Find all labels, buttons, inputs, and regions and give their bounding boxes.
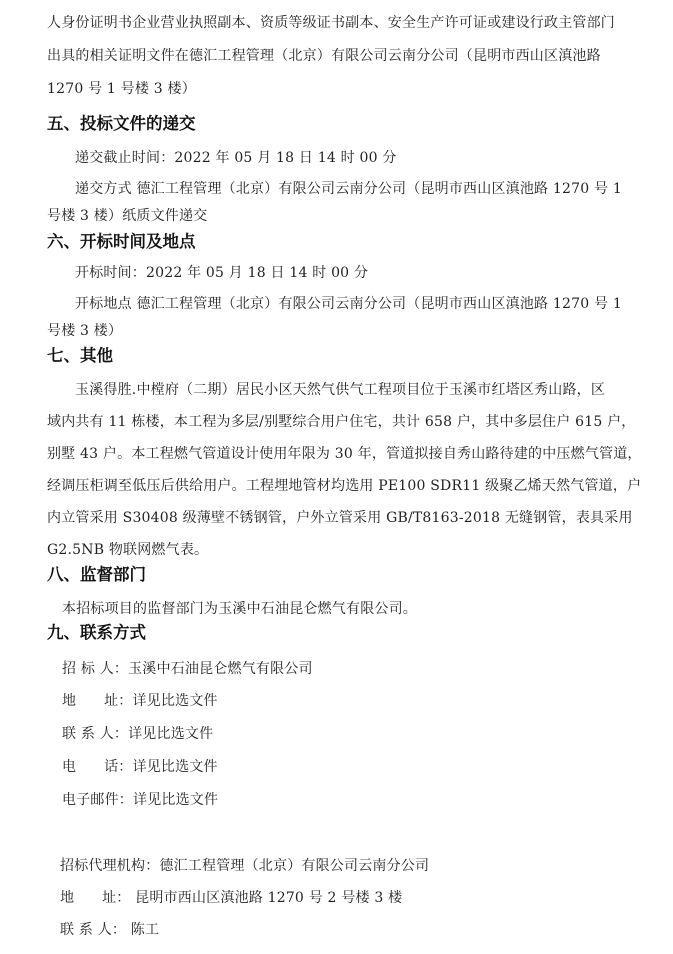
other-line-1: 玉溪得胜.中樘府（二期）居民小区天然气供气工程项目位于玉溪市红塔区秀山路，区 — [75, 381, 605, 399]
agency-label: 招标代理机构： — [60, 857, 159, 875]
submission-method-line-2: 号楼 3 楼）纸质文件递交 — [47, 207, 207, 225]
other-line-5: 内立管采用 S30408 级薄壁不锈钢管，户外立管采用 GB/T8163-201… — [47, 509, 633, 527]
tenderer-value: 玉溪中石油昆仑燃气有限公司 — [128, 661, 313, 677]
contact-label: 联 系 人： — [62, 725, 128, 743]
other-line-3: 别墅 43 户。本工程燃气管道设计使用年限为 30 年，管道拟接自秀山路待建的中… — [47, 445, 642, 463]
tenderer-phone-row: 电 话：详见比选文件 — [62, 758, 218, 776]
tenderer-row: 招 标 人：玉溪中石油昆仑燃气有限公司 — [62, 660, 313, 678]
phone-value: 详见比选文件 — [133, 759, 218, 775]
other-line-2: 域内共有 11 栋楼，本工程为多层/别墅综合用户住宅，共计 658 户，其中多层… — [47, 413, 635, 431]
submission-deadline: 递交截止时间：2022 年 05 月 18 日 14 时 00 分 — [75, 149, 397, 167]
tenderer-email-row: 电子邮件：详见比选文件 — [62, 791, 218, 809]
email-value: 详见比选文件 — [133, 792, 218, 808]
agency-row: 招标代理机构：德汇工程管理（北京）有限公司云南分公司 — [60, 857, 429, 875]
tenderer-contact-row: 联 系 人：详见比选文件 — [62, 725, 213, 743]
phone-label: 电 话： — [62, 758, 133, 776]
submission-method-line-1: 递交方式 德汇工程管理（北京）有限公司云南分公司（昆明市西山区滇池路 1270 … — [75, 180, 622, 198]
contact-value: 详见比选文件 — [128, 726, 213, 742]
section-6-heading: 六、开标时间及地点 — [47, 232, 196, 252]
address-label: 地 址： — [62, 692, 133, 710]
intro-line-1: 人身份证明书企业营业执照副本、资质等级证书副本、安全生产许可证或建设行政主管部门 — [47, 14, 615, 32]
section-5-heading: 五、投标文件的递交 — [47, 114, 196, 134]
opening-time: 开标时间：2022 年 05 月 18 日 14 时 00 分 — [75, 264, 368, 282]
agency-address-row: 地 址： 昆明市西山区滇池路 1270 号 2 号楼 3 楼 — [60, 889, 402, 907]
opening-place-line-2: 号楼 3 楼） — [47, 322, 122, 340]
document-page: 人身份证明书企业营业执照副本、资质等级证书副本、安全生产许可证或建设行政主管部门… — [0, 0, 673, 954]
tenderer-label: 招 标 人： — [62, 660, 128, 678]
section-7-heading: 七、其他 — [47, 346, 113, 366]
email-label: 电子邮件： — [62, 791, 133, 809]
section-8-heading: 八、监督部门 — [47, 565, 146, 585]
intro-line-2: 出具的相关证明文件在德汇工程管理（北京）有限公司云南分公司（昆明市西山区滇池路 — [47, 47, 601, 65]
intro-line-3: 1270 号 1 号楼 3 楼） — [47, 80, 196, 98]
address-value: 详见比选文件 — [133, 693, 218, 709]
section-9-heading: 九、联系方式 — [47, 623, 146, 643]
opening-place-line-1: 开标地点 德汇工程管理（北京）有限公司云南分公司（昆明市西山区滇池路 1270 … — [75, 295, 622, 313]
tenderer-address-row: 地 址：详见比选文件 — [62, 692, 218, 710]
agency-contact-value: 陈工 — [126, 922, 159, 938]
supervision-text: 本招标项目的监督部门为玉溪中石油昆仑燃气有限公司。 — [62, 600, 417, 618]
other-line-4: 经调压柜调至低压后供给用户。工程埋地管材均选用 PE100 SDR11 级聚乙烯… — [47, 477, 641, 495]
other-line-6: G2.5NB 物联网燃气表。 — [47, 541, 208, 559]
agency-value: 德汇工程管理（北京）有限公司云南分公司 — [159, 858, 429, 874]
agency-address-label: 地 址： — [60, 889, 131, 907]
agency-contact-row: 联 系 人： 陈工 — [60, 921, 159, 939]
agency-address-value: 昆明市西山区滇池路 1270 号 2 号楼 3 楼 — [131, 890, 403, 906]
agency-contact-label: 联 系 人： — [60, 921, 126, 939]
